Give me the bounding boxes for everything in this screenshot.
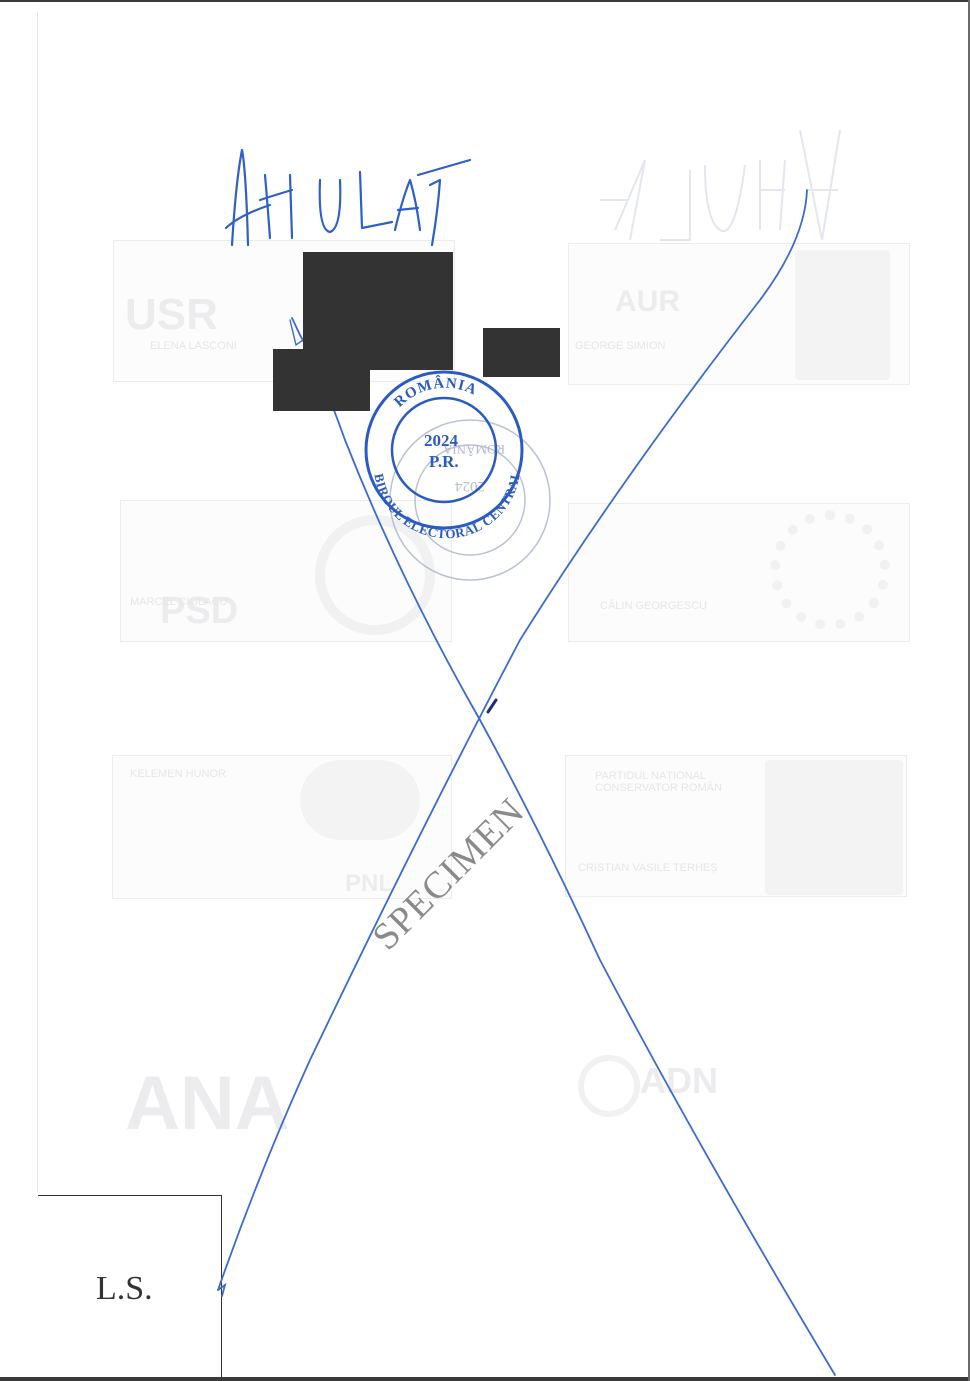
ink-overlay: ROMÂNIA 2024 ROMÂNIA BIROUL ELECTORAL CE… (0, 0, 970, 1381)
stamp-bottom-text: BIROUL ELECTORAL CENTRAL (371, 470, 523, 542)
annulled-handwriting (226, 150, 470, 245)
stamp-year: 2024 (424, 431, 459, 450)
mirrored-annulled-handwriting (600, 130, 840, 240)
redaction-block (273, 349, 370, 411)
svg-text:BIROUL ELECTORAL CENTRAL: BIROUL ELECTORAL CENTRAL (371, 470, 523, 542)
stamp-center: P.R. (429, 452, 459, 471)
stamp-top-text: ROMÂNIA (391, 375, 479, 411)
redaction-block (483, 328, 560, 377)
svg-text:ROMÂNIA: ROMÂNIA (391, 375, 479, 411)
